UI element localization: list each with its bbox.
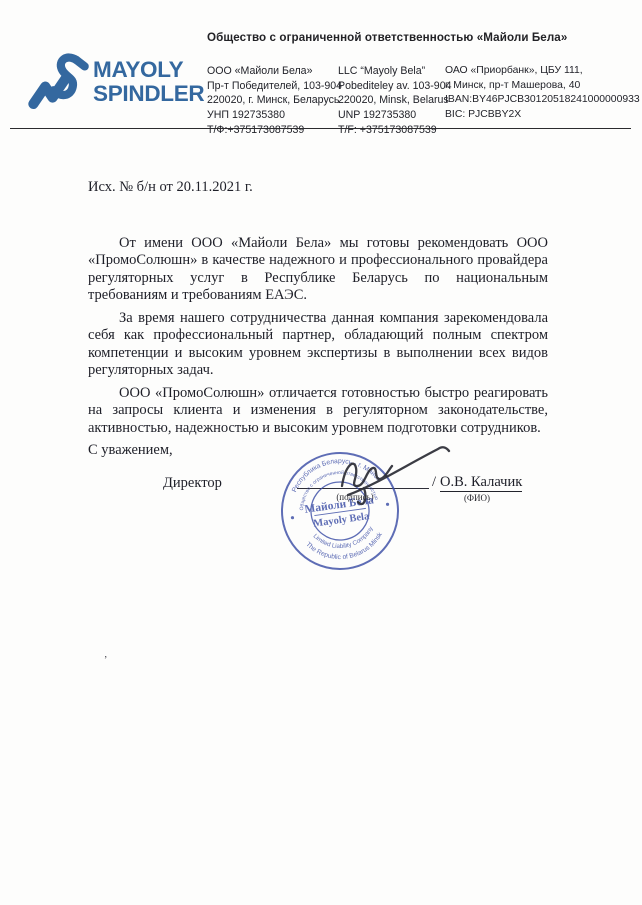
signature-flourish xyxy=(348,447,449,495)
company-logo: MAYOLY SPINDLER xyxy=(26,50,204,114)
contact-line: IBAN:BY46PJCB30120518241000000933 xyxy=(445,93,640,108)
position-title: Директор xyxy=(163,475,222,492)
letter-body: Исх. № б/н от 20.11.2021 г. От имени ООО… xyxy=(88,179,548,460)
contact-column-russian: ООО «Майоли Бела» Пр-т Победителей, 103-… xyxy=(207,64,342,138)
signature-loops xyxy=(342,464,392,486)
logo-word-1: MAYOLY xyxy=(93,58,204,82)
logo-word-2: SPINDLER xyxy=(93,82,204,106)
contact-line: 220020, г. Минск, Беларусь xyxy=(207,93,342,108)
contact-line: Пр-т Победителей, 103-904 xyxy=(207,79,342,94)
reference-line: Исх. № б/н от 20.11.2021 г. xyxy=(88,179,548,197)
contact-line: г. Минск, пр-т Машерова, 40 xyxy=(445,79,640,94)
mayoly-logo-icon xyxy=(26,50,92,114)
letter-page: Общество с ограниченной ответственностью… xyxy=(0,0,642,905)
contact-line: Т/Ф:+375173087539 xyxy=(207,123,342,138)
contact-line: УНП 192735380 xyxy=(207,108,342,123)
organization-title: Общество с ограниченной ответственностью… xyxy=(207,31,567,44)
paragraph-recommendation: От имени ООО «Майоли Бела» мы готовы рек… xyxy=(88,235,548,305)
contact-column-bank: ОАО «Приорбанк», ЦБУ 111, г. Минск, пр-т… xyxy=(445,64,640,123)
logo-wordmark: MAYOLY SPINDLER xyxy=(93,58,204,106)
contact-column-english: LLC “Mayoly Bela” Pobediteley av. 103-90… xyxy=(338,64,451,138)
contact-line: ООО «Майоли Бела» xyxy=(207,64,342,79)
contact-line: T/F: +375173087539 xyxy=(338,123,451,138)
contact-line: LLC “Mayoly Bela” xyxy=(338,64,451,79)
header-divider xyxy=(10,128,631,129)
contact-line: 220020, Minsk, Belarus xyxy=(338,93,451,108)
paragraph-cooperation: За время нашего сотрудничества данная ко… xyxy=(88,310,548,380)
contact-line: ОАО «Приорбанк», ЦБУ 111, xyxy=(445,64,640,79)
contact-line: UNP 192735380 xyxy=(338,108,451,123)
paragraph-qualities: ООО «ПромоСолюшн» отличается готовностью… xyxy=(88,385,548,438)
contact-line: Pobediteley av. 103-904 xyxy=(338,79,451,94)
scan-speck: ’ xyxy=(104,655,107,666)
handwritten-signature xyxy=(290,438,460,516)
stamp-dot-left xyxy=(291,516,295,520)
contact-line: BIC: PJCBBY2X xyxy=(445,108,640,123)
